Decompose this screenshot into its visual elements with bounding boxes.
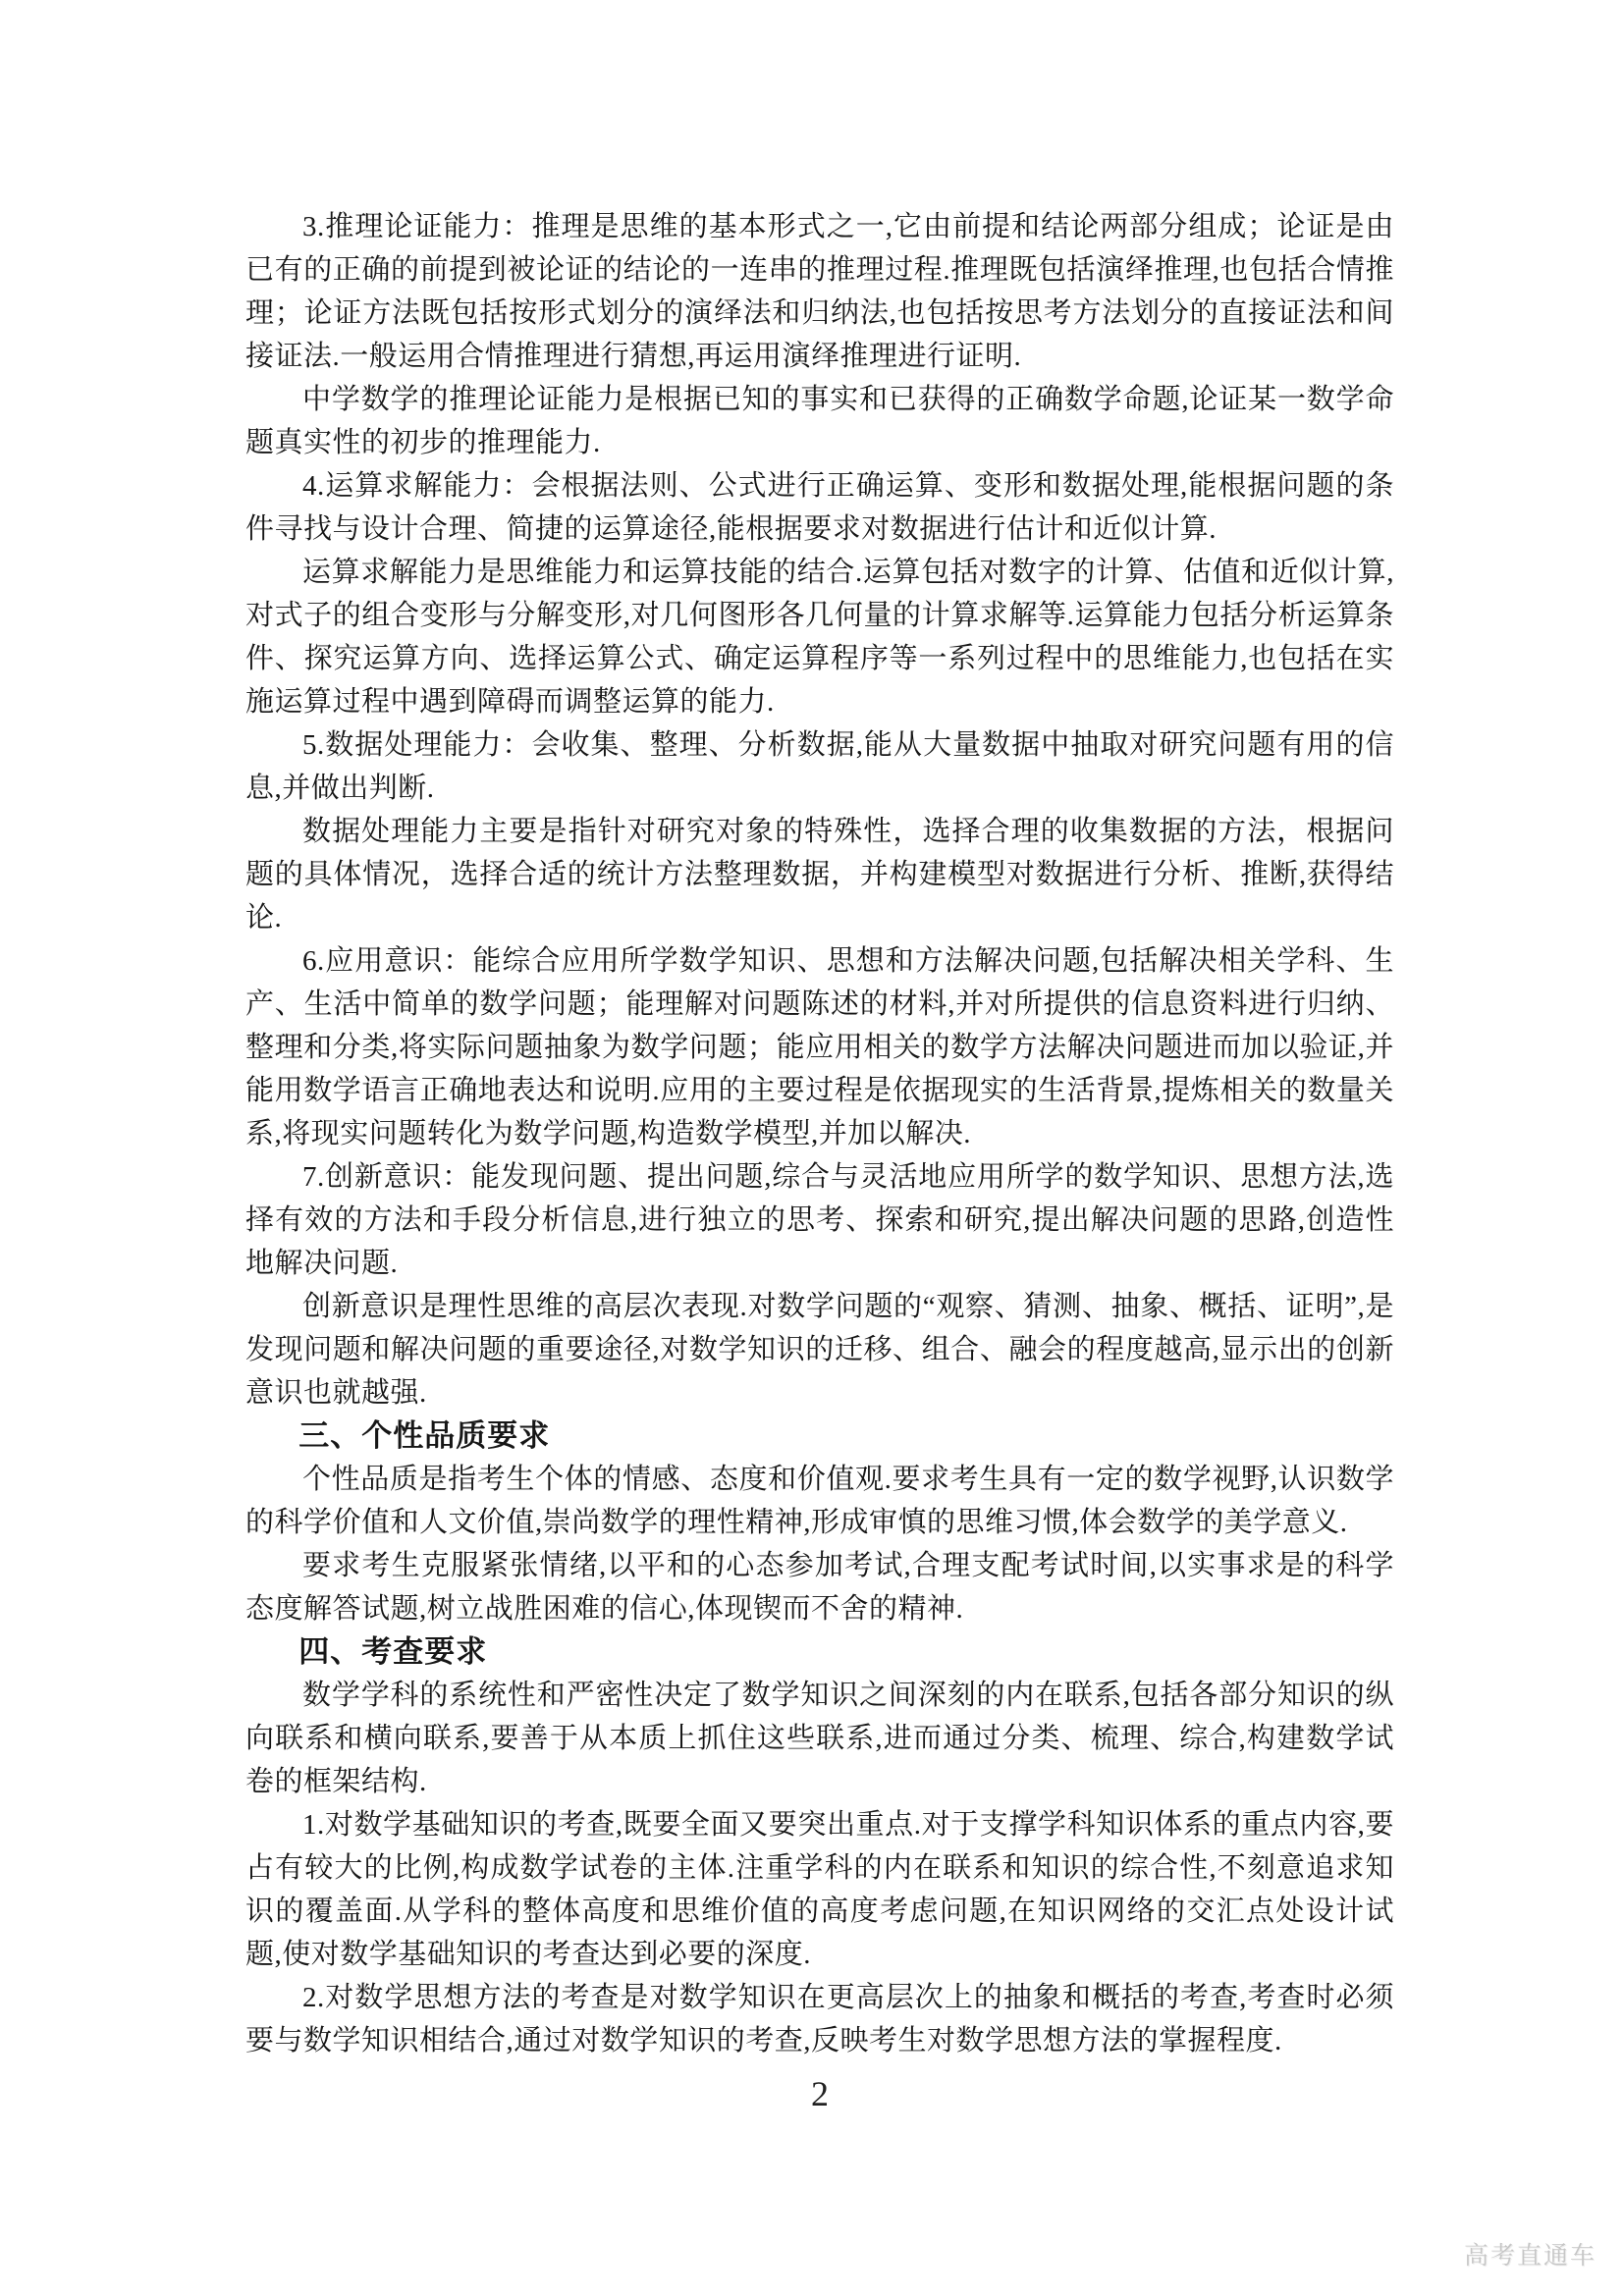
paragraph-reasoning-ability: 3.推理论证能力：推理是思维的基本形式之一,它由前提和结论两部分组成；论证是由已… <box>245 205 1394 378</box>
paragraph-data-definition: 数据处理能力主要是指针对研究对象的特殊性，选择合理的收集数据的方法，根据问题的具… <box>245 810 1394 939</box>
watermark-text: 高考直通车 <box>1464 2236 1597 2271</box>
document-page: 3.推理论证能力：推理是思维的基本形式之一,它由前提和结论两部分组成；论证是由已… <box>0 0 1624 2296</box>
paragraph-exam-structure: 数学学科的系统性和严密性决定了数学知识之间深刻的内在联系,包括各部分知识的纵向联… <box>245 1674 1394 1803</box>
paragraph-calculation-ability: 4.运算求解能力：会根据法则、公式进行正确运算、变形和数据处理,能根据问题的条件… <box>245 464 1394 551</box>
paragraph-personality-requirement: 要求考生克服紧张情绪,以平和的心态参加考试,合理支配考试时间,以实事求是的科学态… <box>245 1544 1394 1630</box>
paragraph-reasoning-definition: 中学数学的推理论证能力是根据已知的事实和已获得的正确数学命题,论证某一数学命题真… <box>245 378 1394 464</box>
page-number: 2 <box>245 2073 1394 2114</box>
section-heading-examination: 四、考查要求 <box>245 1630 1394 1674</box>
paragraph-innovation-definition: 创新意识是理性思维的高层次表现.对数学问题的“观察、猜测、抽象、概括、证明”,是… <box>245 1285 1394 1415</box>
paragraph-data-ability: 5.数据处理能力：会收集、整理、分析数据,能从大量数据中抽取对研究问题有用的信息… <box>245 723 1394 810</box>
paragraph-calculation-definition: 运算求解能力是思维能力和运算技能的结合.运算包括对数字的计算、估值和近似计算,对… <box>245 551 1394 723</box>
paragraph-personality-definition: 个性品质是指考生个体的情感、态度和价值观.要求考生具有一定的数学视野,认识数学的… <box>245 1458 1394 1544</box>
paragraph-exam-methods: 2.对数学思想方法的考查是对数学知识在更高层次上的抽象和概括的考查,考查时必须要… <box>245 1976 1394 2062</box>
paragraph-innovation-awareness: 7.创新意识：能发现问题、提出问题,综合与灵活地应用所学的数学知识、思想方法,选… <box>245 1155 1394 1285</box>
paragraph-exam-basics: 1.对数学基础知识的考查,既要全面又要突出重点.对于支撑学科知识体系的重点内容,… <box>245 1803 1394 1976</box>
section-heading-personality: 三、个性品质要求 <box>245 1415 1394 1458</box>
paragraph-application-awareness: 6.应用意识：能综合应用所学数学知识、思想和方法解决问题,包括解决相关学科、生产… <box>245 939 1394 1155</box>
document-body: 3.推理论证能力：推理是思维的基本形式之一,它由前提和结论两部分组成；论证是由已… <box>245 205 1394 2062</box>
